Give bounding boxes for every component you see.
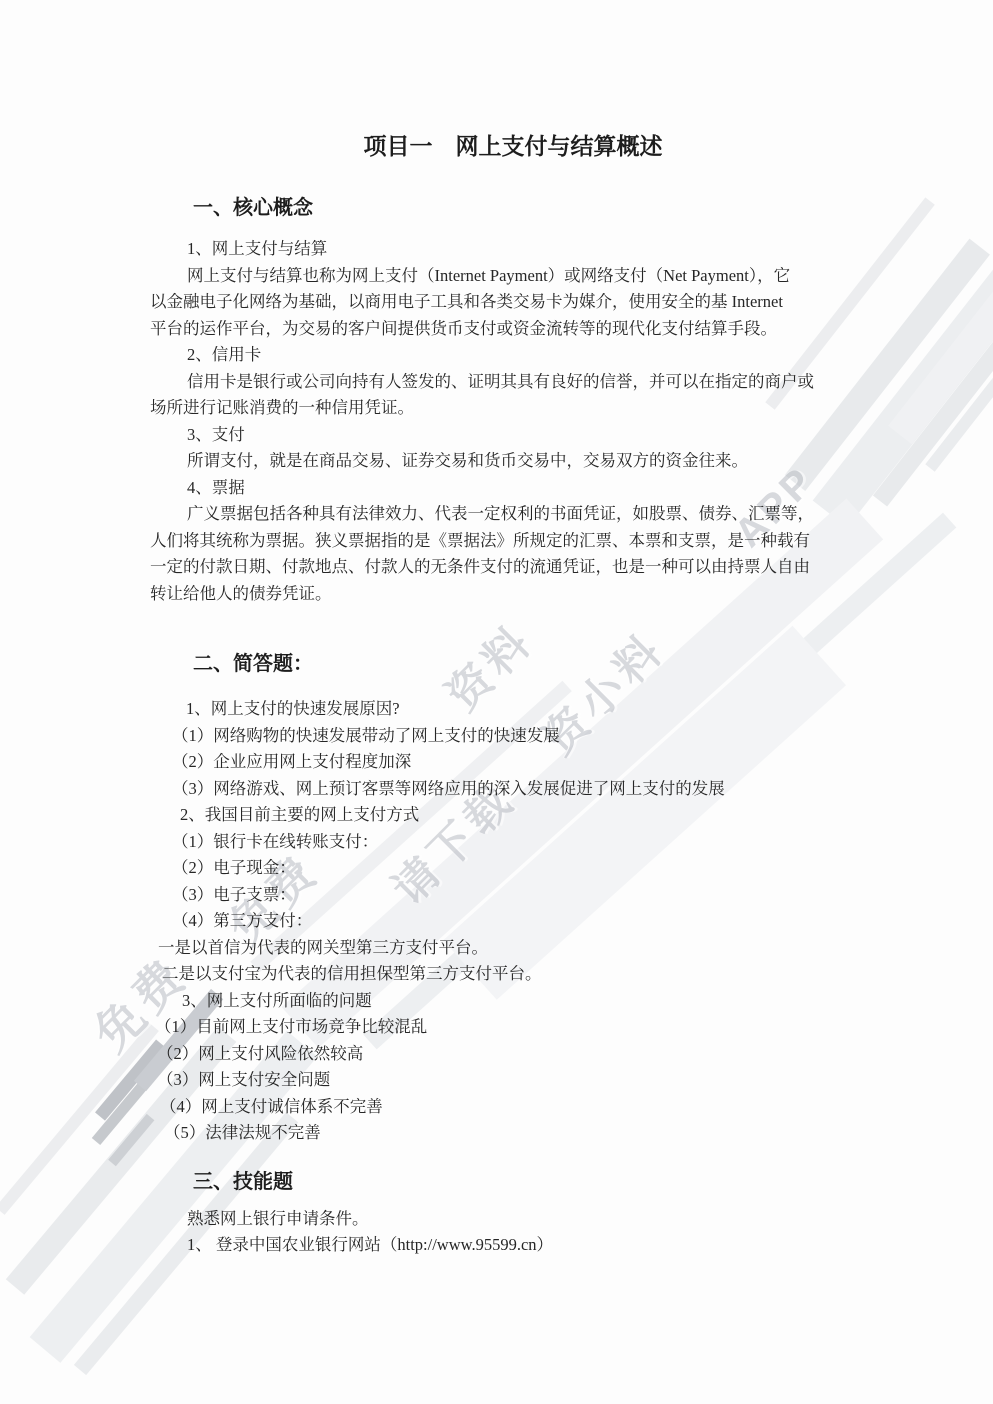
- text-line: 平台的运作平台，为交易的客户间提供货币支付或资金流转等的现代化支付结算手段。: [150, 316, 862, 343]
- text-line: 二是以支付宝为代表的信用担保型第三方支付平台。: [162, 961, 862, 988]
- text-line: （2）网上支付风险依然较高: [157, 1041, 862, 1068]
- section-heading-short-answer: 二、简答题：: [193, 647, 862, 676]
- text-line: 1、 登录中国农业银行网站（http://www.95599.cn）: [187, 1232, 862, 1259]
- text-line: （4）网上支付诚信体系不完善: [160, 1094, 862, 1121]
- text-line: 熟悉网上银行申请条件。: [187, 1206, 862, 1233]
- brush-stroke: [92, 1081, 149, 1146]
- text-line: 人们将其统称为票据。狭义票据指的是《票据法》所规定的汇票、本票和支票，是一种载有: [150, 528, 862, 555]
- text-line: （3）网上支付安全问题: [157, 1067, 862, 1094]
- text-line: 信用卡是银行或公司向持有人签发的、证明其具有良好的信誉，并可以在指定的商户或: [187, 369, 862, 396]
- text-line: （1）银行卡在线转账支付：: [172, 829, 862, 856]
- text-line: 2、我国目前主要的网上支付方式: [180, 802, 862, 829]
- text-line: （3）网络游戏、网上预订客票等网络应用的深入发展促进了网上支付的发展: [172, 776, 862, 803]
- text-line: 1、网上支付与结算: [187, 236, 862, 263]
- text-line: 以金融电子化网络为基础，以商用电子工具和各类交易卡为媒介，使用安全的基 Inte…: [150, 289, 862, 316]
- text-line: 所谓支付，就是在商品交易、证券交易和货币交易中，交易双方的资金往来。: [187, 448, 862, 475]
- text-line: 一是以首信为代表的网关型第三方支付平台。: [158, 935, 862, 962]
- text-line: 1、网上支付的快速发展原因?: [186, 696, 862, 723]
- swoosh-stripe: [0, 1023, 159, 1215]
- text-line: （3）电子支票：: [172, 882, 862, 909]
- text-line: （4）第三方支付：: [172, 908, 862, 935]
- document-content: 项目一 网上支付与结算概述 一、核心概念 1、网上支付与结算 网上支付与结算也称…: [150, 0, 862, 1259]
- swoosh-stripe: [925, 228, 993, 472]
- brush-stroke: [108, 1114, 154, 1166]
- text-line: 一定的付款日期、付款地点、付款人的无条件支付的流通凭证，也是一种可以由持票人自由: [150, 554, 862, 581]
- text-line: 场所进行记账消费的一种信用凭证。: [150, 395, 862, 422]
- text-line: （2）电子现金：: [172, 855, 862, 882]
- swoosh-stripe: [888, 205, 993, 444]
- text-line: 3、支付: [187, 422, 862, 449]
- text-line: （1）网络购物的快速发展带动了网上支付的快速发展: [172, 723, 862, 750]
- text-line: 广义票据包括各种具有法律效力、代表一定权利的书面凭证，如股票、债券、汇票等，: [187, 501, 862, 528]
- text-line: 4、票据: [187, 475, 862, 502]
- text-line: 3、网上支付所面临的问题: [182, 988, 862, 1015]
- text-line: 网上支付与结算也称为网上支付（Internet Payment）或网络支付（Ne…: [187, 263, 862, 290]
- text-line: （5）法律法规不完善: [164, 1120, 862, 1147]
- section-heading-core-concepts: 一、核心概念: [193, 191, 862, 220]
- section-heading-skills: 三、技能题: [193, 1165, 862, 1194]
- page-title: 项目一 网上支付与结算概述: [150, 128, 862, 161]
- text-line: （1）目前网上支付市场竞争比较混乱: [155, 1014, 862, 1041]
- swoosh-stripe: [873, 259, 993, 506]
- text-line: 转让给他人的债券凭证。: [150, 581, 862, 608]
- text-line: （2）企业应用网上支付程度加深: [172, 749, 862, 776]
- document-page: 免费 免费 请下载 资料 资小料 APP 项目一 网上支付与结算概述 一、核心概…: [0, 0, 993, 1404]
- text-line: 2、信用卡: [187, 342, 862, 369]
